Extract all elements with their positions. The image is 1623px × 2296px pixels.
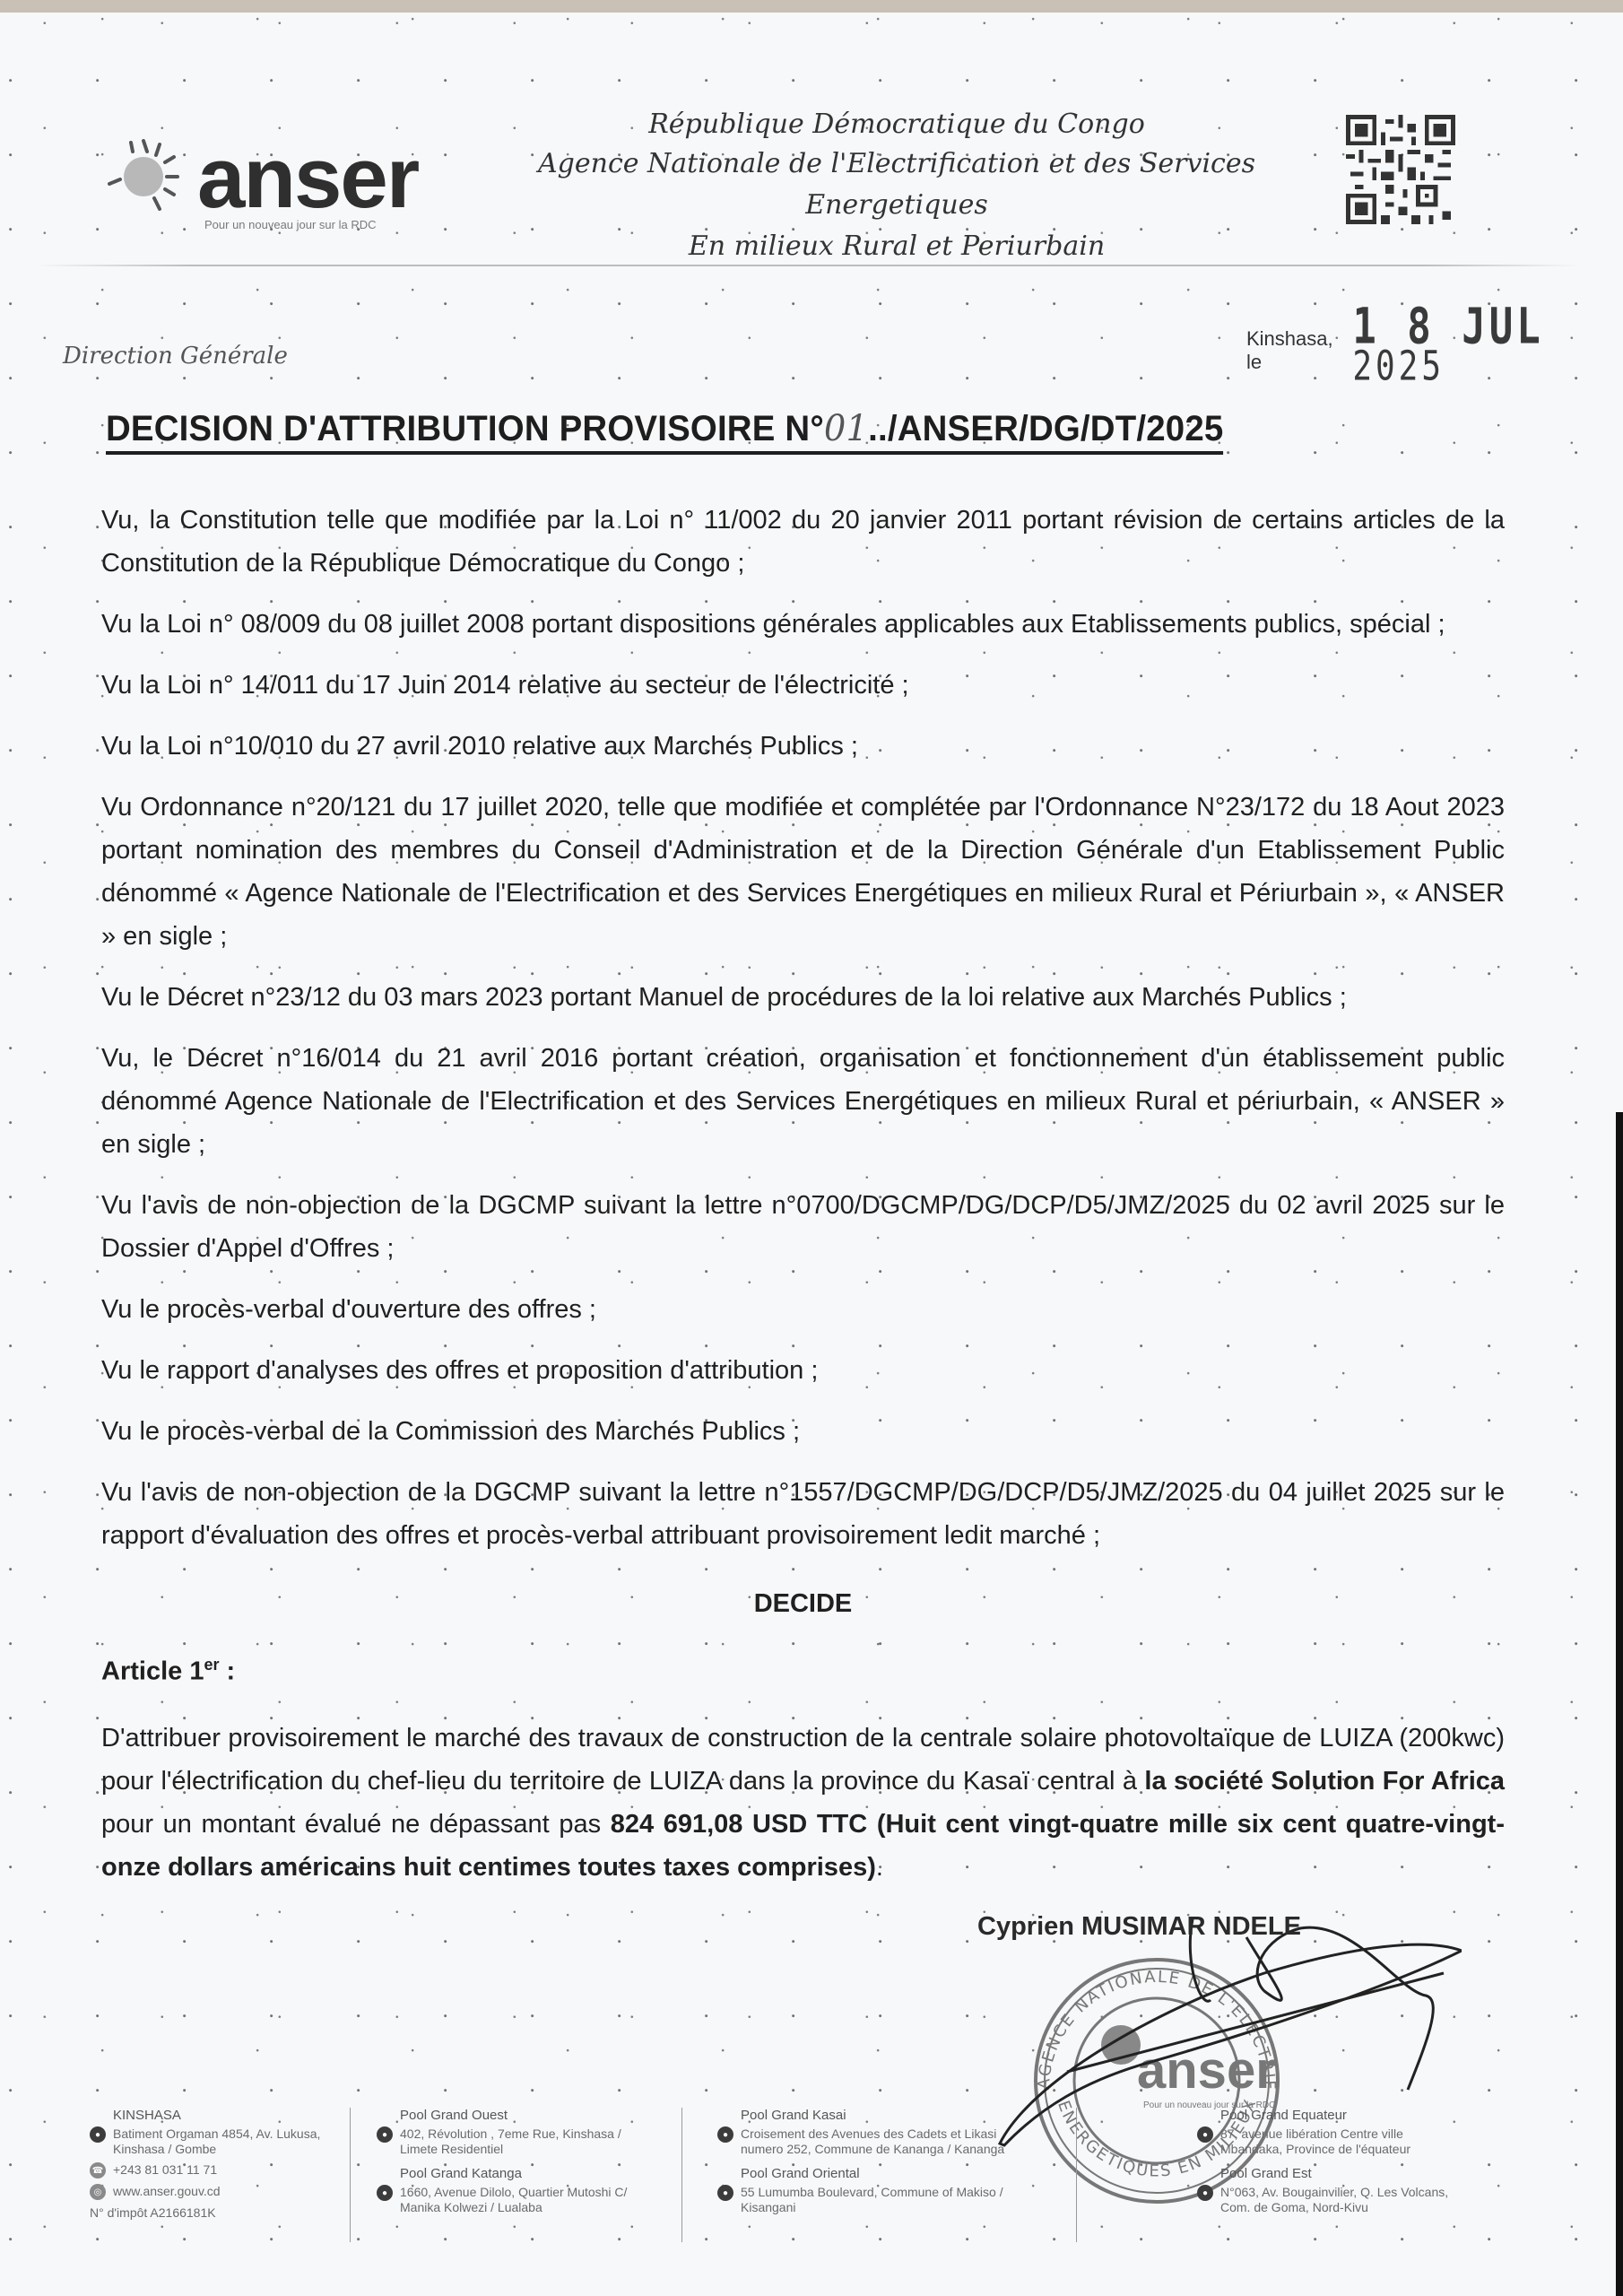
location-pin-icon: ● xyxy=(90,2126,106,2143)
location-pin-icon: ● xyxy=(717,2185,733,2201)
pool-address-row: ●55 Lumumba Boulevard, Commune of Makiso… xyxy=(717,2185,1040,2215)
consideration-item: Vu le Décret n°23/12 du 03 mars 2023 por… xyxy=(101,976,1505,1019)
article-1-heading: Article 1er : xyxy=(101,1643,1505,1693)
date-month: JUL xyxy=(1462,298,1543,355)
location-pin-icon: ● xyxy=(1197,2126,1213,2143)
footer-tax-row: N° d'impôt A2166181K xyxy=(90,2205,323,2221)
svg-text:anser: anser xyxy=(1137,2041,1276,2100)
title-prefix: DECISION D'ATTRIBUTION PROVISOIRE N° xyxy=(106,409,824,448)
consideration-item: Vu l'avis de non-objection de la DGCMP s… xyxy=(101,1471,1505,1557)
signer-name: Cyprien MUSIMAR NDELE xyxy=(977,1912,1301,1942)
pool-title: Pool Grand Est xyxy=(1197,2166,1466,2181)
pool-address-row: ●Croisement des Avenues des Cadets et Li… xyxy=(717,2126,1040,2157)
pool-address: N°063, Av. Bougainvilier, Q. Les Volcans… xyxy=(1220,2185,1466,2215)
consideration-item: Vu Ordonnance n°20/121 du 17 juillet 202… xyxy=(101,786,1505,958)
footer-pool-column: Pool Grand Ouest ●402, Révolution , 7eme… xyxy=(377,2108,646,2221)
pool-address: 402, Révolution , 7eme Rue, Kinshasa / L… xyxy=(400,2126,646,2157)
footer-tax-id: N° d'impôt A2166181K xyxy=(90,2205,216,2221)
footer-website-link[interactable]: www.anser.gouv.cd xyxy=(113,2184,221,2199)
footer-pool-column: Pool Grand Equateur ●87, avenue libérati… xyxy=(1197,2108,1466,2221)
consideration-item: Vu, le Décret n°16/014 du 21 avril 2016 … xyxy=(101,1037,1505,1166)
footer-address-row: ●Batiment Orgaman 4854, Av. Lukusa, Kins… xyxy=(90,2126,323,2157)
pool-title: Pool Grand Equateur xyxy=(1197,2108,1466,2123)
logo-wordmark: anser xyxy=(197,135,418,222)
date-stamp: 1 8 JUL 2025 xyxy=(1352,298,1623,413)
pool-address-row: ●1660, Avenue Dilolo, Quartier Mutoshi C… xyxy=(377,2185,646,2215)
footer-divider xyxy=(1076,2108,1077,2242)
pool-address: 1660, Avenue Dilolo, Quartier Mutoshi C/… xyxy=(400,2185,646,2215)
footer-phone: +243 81 031 11 71 xyxy=(113,2162,217,2178)
awardee-name: la société Solution For Africa xyxy=(1144,1767,1505,1796)
consideration-item: Vu la Loi n° 14/011 du 17 Juin 2014 rela… xyxy=(101,664,1505,707)
pool-address-row: ●N°063, Av. Bougainvilier, Q. Les Volcan… xyxy=(1197,2185,1466,2215)
decision-title: DECISION D'ATTRIBUTION PROVISOIRE N°01..… xyxy=(106,408,1223,455)
article-1-colon: : xyxy=(219,1657,235,1686)
pool-title: Pool Grand Ouest xyxy=(377,2108,646,2123)
letterhead: République Démocratique du Congo Agence … xyxy=(502,106,1291,267)
scan-edge xyxy=(0,0,1623,13)
footer-divider xyxy=(681,2108,682,2242)
footer-website-row[interactable]: ◎www.anser.gouv.cd xyxy=(90,2184,323,2200)
pool-title: Pool Grand Oriental xyxy=(717,2166,1040,2181)
pool-title: Pool Grand Kasai xyxy=(717,2108,1040,2123)
scan-edge-right xyxy=(1616,1112,1623,2296)
location-pin-icon: ● xyxy=(1197,2185,1213,2201)
footer-kinshasa: KINSHASA ●Batiment Orgaman 4854, Av. Luk… xyxy=(90,2108,323,2226)
pool-address: 55 Lumumba Boulevard, Commune of Makiso … xyxy=(741,2185,1040,2215)
footer: KINSHASA ●Batiment Orgaman 4854, Av. Luk… xyxy=(90,2108,1488,2233)
consideration-item: Vu le procès-verbal d'ouverture des offr… xyxy=(101,1288,1505,1331)
article-1-text-end: . xyxy=(876,1853,883,1882)
location-pin-icon: ● xyxy=(717,2126,733,2143)
pool-address-row: ●402, Révolution , 7eme Rue, Kinshasa / … xyxy=(377,2126,646,2157)
sun-icon xyxy=(108,139,179,211)
header-divider xyxy=(36,265,1578,266)
agency-subtitle: En milieux Rural et Periurbain xyxy=(502,226,1291,267)
consideration-item: Vu, la Constitution telle que modifiée p… xyxy=(101,499,1505,585)
consideration-item: Vu la Loi n° 08/009 du 08 juillet 2008 p… xyxy=(101,603,1505,646)
considerations-list: Vu, la Constitution telle que modifiée p… xyxy=(101,499,1505,1557)
consideration-item: Vu le procès-verbal de la Commission des… xyxy=(101,1410,1505,1453)
article-1-text: D'attribuer provisoirement le marché des… xyxy=(101,1717,1505,1889)
article-1-text-part: pour un montant évalué ne dépassant pas xyxy=(101,1810,611,1839)
location-pin-icon: ● xyxy=(377,2126,393,2143)
globe-icon: ◎ xyxy=(90,2184,106,2200)
logo-tagline: Pour un nouveau jour sur la RDC xyxy=(204,218,377,231)
footer-divider xyxy=(350,2108,351,2242)
date-year: 2025 xyxy=(1352,344,1445,390)
republic-name: République Démocratique du Congo xyxy=(502,106,1291,143)
qr-code-icon xyxy=(1345,115,1456,224)
footer-address: Batiment Orgaman 4854, Av. Lukusa, Kinsh… xyxy=(113,2126,323,2157)
pool-address: Croisement des Avenues des Cadets et Lik… xyxy=(741,2126,1040,2157)
document-page: anser Pour un nouveau jour sur la RDC Ré… xyxy=(0,0,1623,2296)
pool-address-row: ●87, avenue libération Centre ville Mban… xyxy=(1197,2126,1466,2157)
consideration-item: Vu le rapport d'analyses des offres et p… xyxy=(101,1349,1505,1392)
article-1-sup: er xyxy=(204,1656,219,1674)
anser-logo: anser Pour un nouveau jour sur la RDC xyxy=(72,121,448,238)
date-place: Kinshasa, le xyxy=(1246,327,1340,374)
direction-label: Direction Générale xyxy=(63,343,288,370)
title-suffix: ../ANSER/DG/DT/2025 xyxy=(868,409,1223,448)
title-handwritten-number: 01 xyxy=(824,408,868,449)
consideration-item: Vu l'avis de non-objection de la DGCMP s… xyxy=(101,1184,1505,1270)
decide-heading: DECIDE xyxy=(101,1582,1505,1625)
location-pin-icon: ● xyxy=(377,2185,393,2201)
decision-body: Vu, la Constitution telle que modifiée p… xyxy=(101,499,1505,1889)
footer-pool-column: Pool Grand Kasai ●Croisement des Avenues… xyxy=(717,2108,1040,2221)
article-1-label: Article 1 xyxy=(101,1657,204,1686)
footer-kinshasa-title: KINSHASA xyxy=(90,2108,323,2123)
agency-name: Agence Nationale de l'Electrification et… xyxy=(502,143,1291,226)
phone-icon: ☎ xyxy=(90,2162,106,2179)
pool-title: Pool Grand Katanga xyxy=(377,2166,646,2181)
consideration-item: Vu la Loi n°10/010 du 27 avril 2010 rela… xyxy=(101,725,1505,768)
footer-phone-row: ☎+243 81 031 11 71 xyxy=(90,2162,323,2179)
pool-address: 87, avenue libération Centre ville Mband… xyxy=(1220,2126,1466,2157)
dateline: Kinshasa, le 1 8 JUL 2025 xyxy=(1246,309,1623,401)
